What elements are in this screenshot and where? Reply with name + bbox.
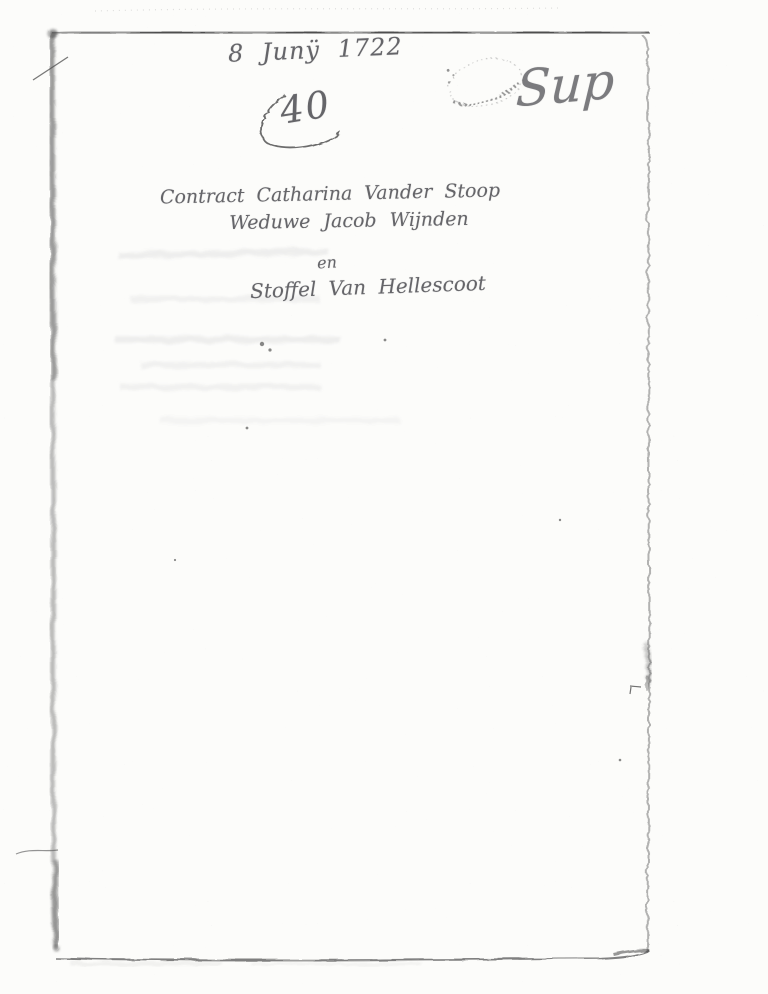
scan-grain-overlay [0,0,768,994]
title-line-1: Contract Catharina Vander Stoop [115,178,545,209]
page-edge-top [50,32,648,33]
page-scan-frame [0,0,768,994]
page-edge-bottom [54,949,648,965]
scan-artifact-top-dots [95,8,560,11]
ink-specks [174,339,621,762]
title-block: Contract Catharina Vander Stoop Weduwe J… [140,183,570,299]
date-annotation: 8 Junÿ 1722 [227,32,403,68]
page-edge-right [640,33,651,950]
title-line-2: Weduwe Jacob Wijnden [134,206,564,236]
corner-blot-bottom-left [54,946,60,952]
paraph-flourish: Sup [515,51,616,118]
folio-number: 40 [277,82,334,132]
corner-blot-top-left [47,28,57,38]
scanned-document-page: 8 Junÿ 1722 40 Sup Contract Catharina Va… [0,0,768,994]
stamp-icon [443,51,526,114]
page-edge-left [51,31,57,948]
stray-pencil-marks [16,57,641,854]
